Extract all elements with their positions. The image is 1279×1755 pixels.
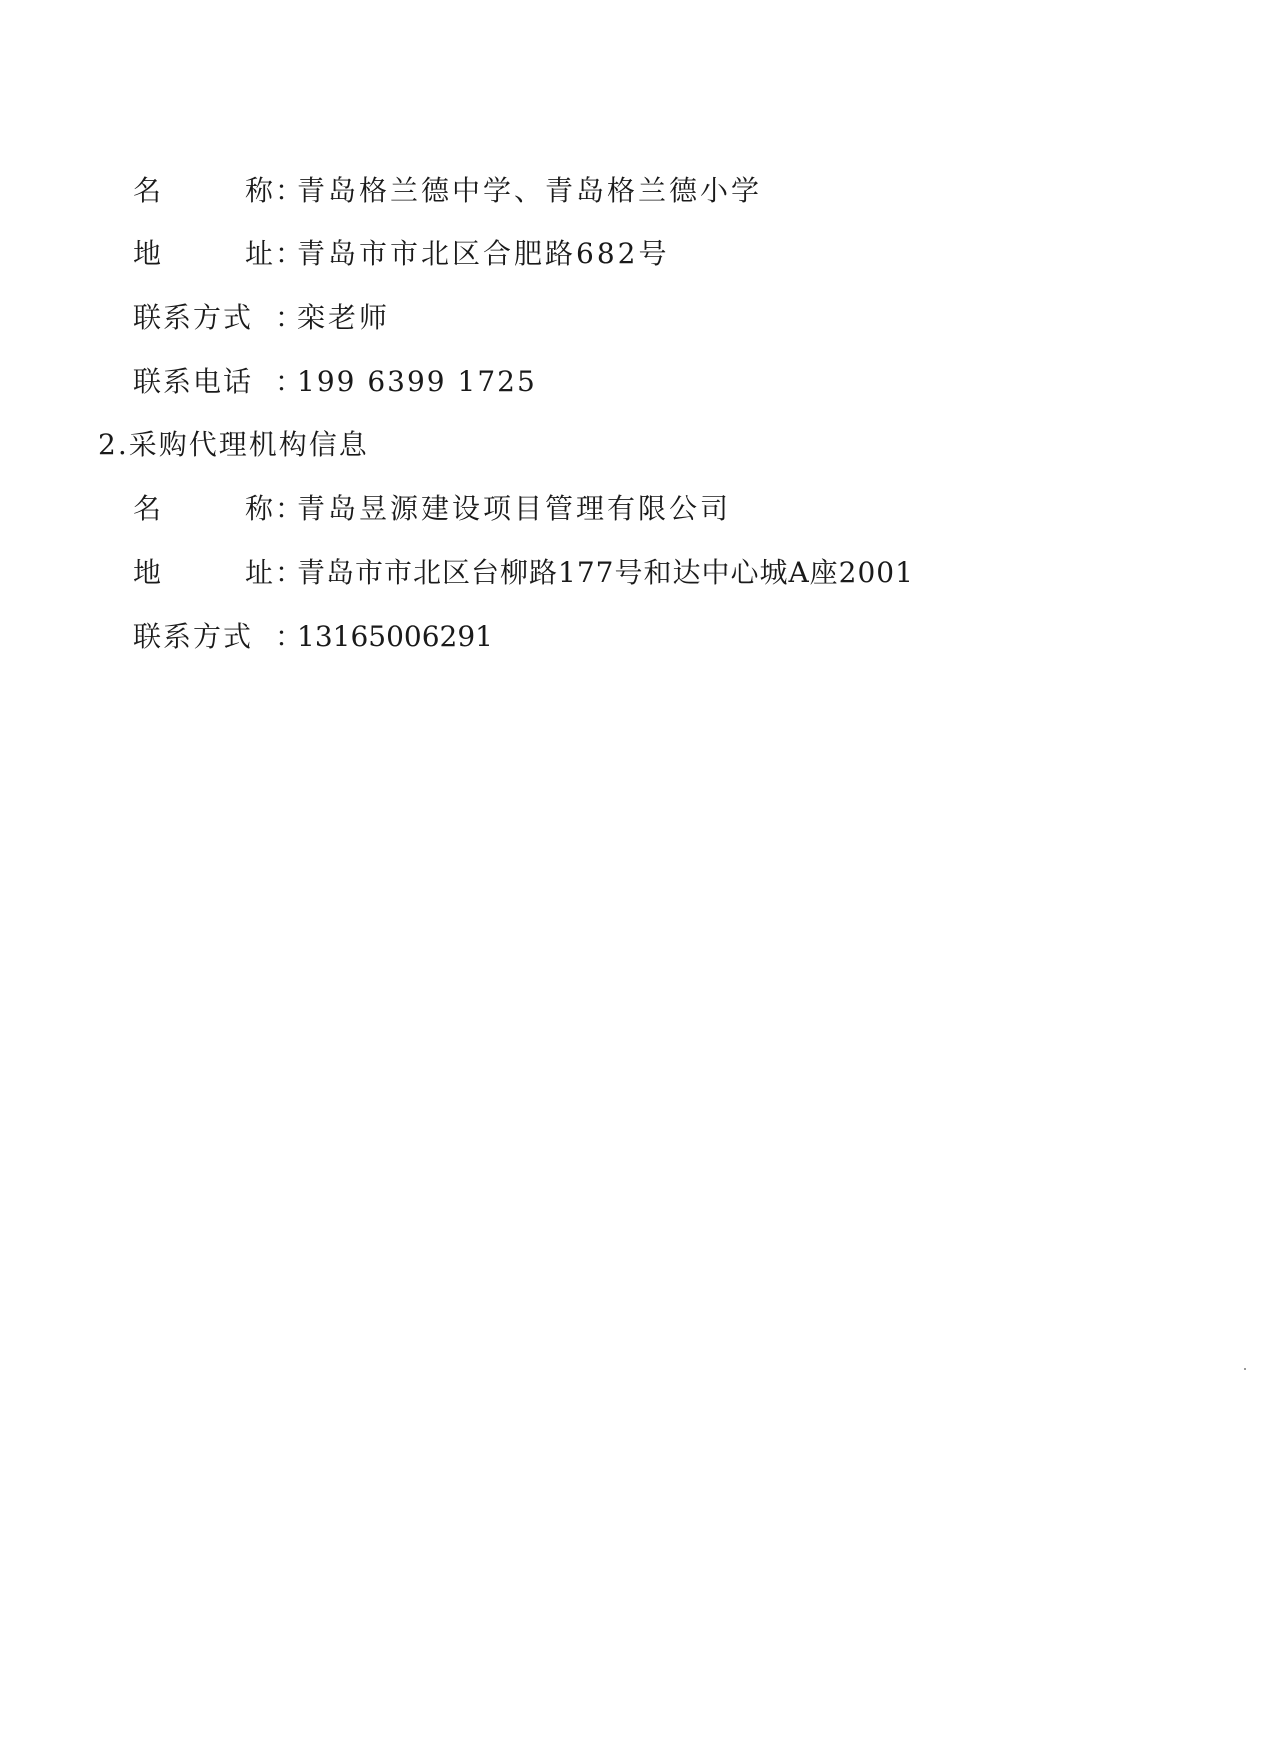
scan-speck	[1244, 1368, 1246, 1370]
agency-section-heading: 2.采购代理机构信息	[98, 425, 369, 465]
field-label: 联系方式	[133, 617, 275, 657]
agency-contact-row: 联系方式 ： 13165006291	[133, 617, 493, 657]
label-char: 称	[245, 489, 275, 529]
agency-name-value: 青岛昱源建设项目管理有限公司	[297, 489, 731, 529]
purchaser-address-row: 地 址 ： 青岛市市北区合肥路682号	[133, 234, 669, 274]
label-char: 名	[133, 489, 163, 529]
label-char: 址	[245, 553, 275, 593]
purchaser-phone-value: 199 6399 1725	[297, 362, 537, 402]
colon: ：	[275, 362, 297, 402]
colon: ：	[275, 298, 297, 338]
colon: ：	[275, 553, 297, 593]
purchaser-name-value: 青岛格兰德中学、青岛格兰德小学	[297, 171, 762, 211]
purchaser-address-value: 青岛市市北区合肥路682号	[297, 234, 669, 274]
label-char: 址	[245, 234, 275, 274]
colon: ：	[275, 617, 297, 657]
purchaser-name-row: 名 称 ： 青岛格兰德中学、青岛格兰德小学	[133, 171, 762, 211]
purchaser-contact-value: 栾老师	[297, 298, 390, 338]
agency-address-value: 青岛市市北区台柳路177号和达中心城A座2001	[297, 553, 914, 593]
agency-contact-value: 13165006291	[297, 617, 493, 657]
colon: ：	[275, 489, 297, 529]
purchaser-contact-row: 联系方式 ： 栾老师	[133, 298, 390, 338]
agency-address-row: 地 址 ： 青岛市市北区台柳路177号和达中心城A座2001	[133, 553, 914, 593]
label-char: 称	[245, 171, 275, 211]
field-label: 名 称	[133, 171, 275, 211]
field-label: 联系电话	[133, 362, 275, 402]
document-page: 名 称 ： 青岛格兰德中学、青岛格兰德小学 地 址 ： 青岛市市北区合肥路682…	[0, 0, 1279, 1755]
field-label: 地 址	[133, 234, 275, 274]
label-char: 地	[133, 234, 163, 274]
field-label: 联系方式	[133, 298, 275, 338]
colon: ：	[275, 171, 297, 211]
field-label: 地 址	[133, 553, 275, 593]
label-char: 地	[133, 553, 163, 593]
purchaser-phone-row: 联系电话 ： 199 6399 1725	[133, 362, 537, 402]
agency-name-row: 名 称 ： 青岛昱源建设项目管理有限公司	[133, 489, 731, 529]
colon: ：	[275, 234, 297, 274]
field-label: 名 称	[133, 489, 275, 529]
label-char: 名	[133, 171, 163, 211]
